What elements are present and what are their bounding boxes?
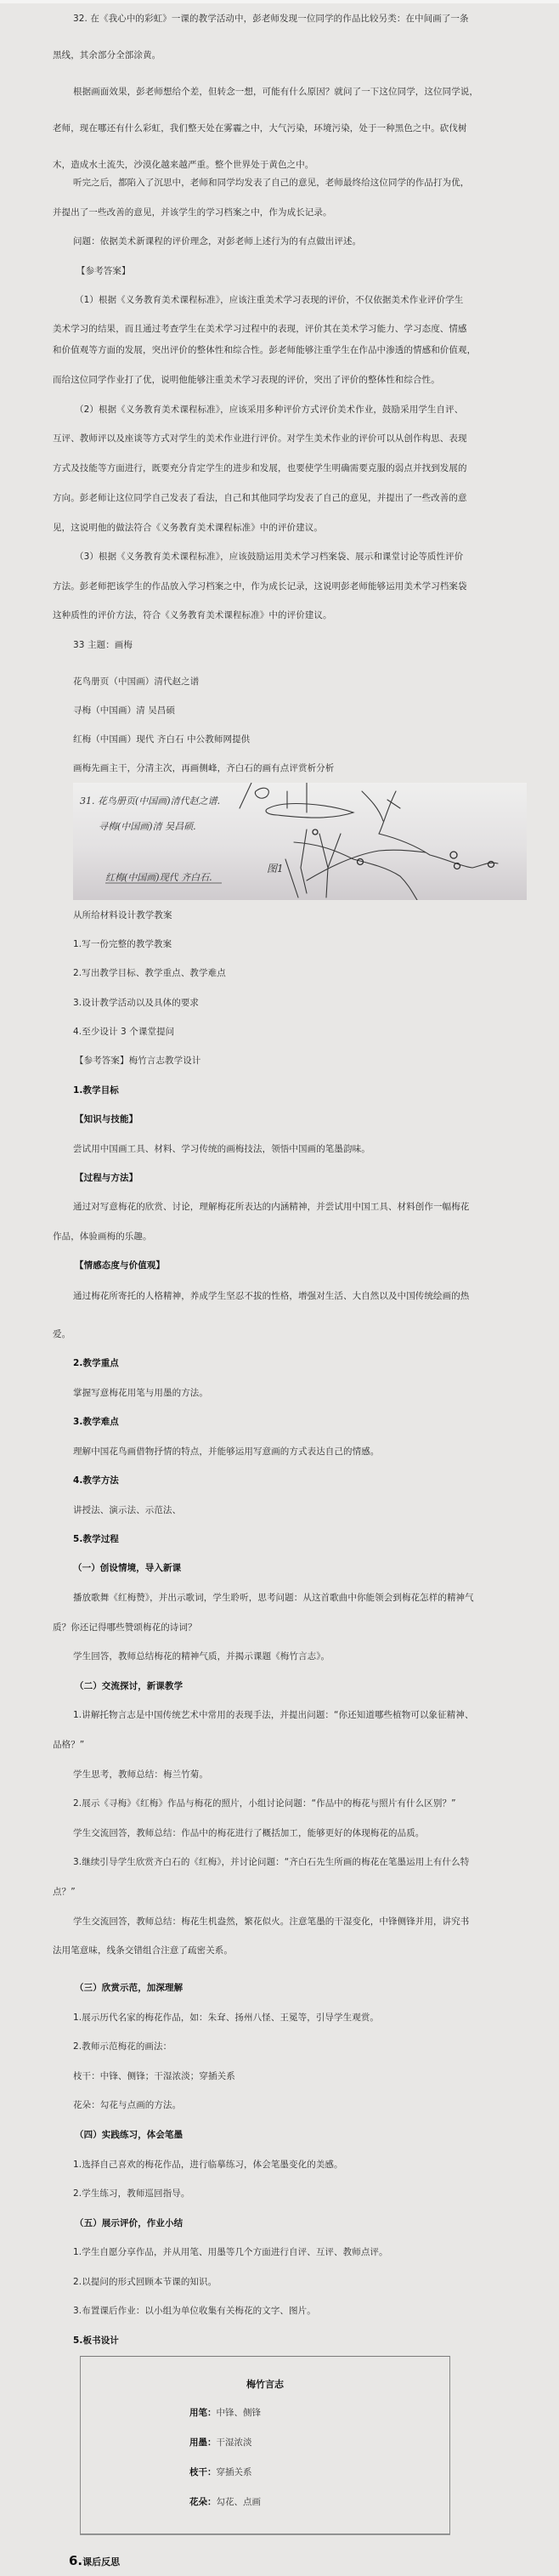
answer-2: 方向。彭老师让这位同学自己发表了看法，自己和其他同学均发表了自己的意见，并提出了… <box>53 492 467 504</box>
q33-req-1: 1.写一份完整的教学教案 <box>73 938 172 950</box>
q33-note: 画梅先画主干，分清主次，再画侧峰，齐白石的画有点评赏析分析 <box>73 762 334 774</box>
step-2-text: 2.展示《寻梅》《红梅》作品与梅花的照片，小组讨论问题：“作品中的梅花与照片有什… <box>73 1798 456 1809</box>
text-emotion: 通过梅花所寄托的人格精神，养成学生坚忍不拔的性格，增强对生活、大自然以及中国传统… <box>73 1290 469 1302</box>
plum-branch-drawing: 31. 花鸟册页(中国画)清代赵之谱. 寻梅(中国画)清 吴昌硕. 红梅(中国画… <box>73 783 527 900</box>
board-row-value: 勾花、点画 <box>217 2497 262 2507</box>
q33-req-2: 2.写出教学目标、教学重点、教学难点 <box>73 967 226 979</box>
step-3-text: 枝干：中锋、侧锋；干湿浓淡；穿插关系 <box>73 2070 235 2082</box>
step-2-text: 点？” <box>53 1886 76 1898</box>
board-row-value: 中锋、侧锋 <box>217 2408 262 2418</box>
heading-reflection: 6.课后反思 <box>69 2552 120 2568</box>
step-2-text: 1.讲解托物言志是中国传统艺术中常用的表现手法，并提出问题：“你还知道哪些植物可… <box>73 1709 474 1721</box>
step-1-text: 质？你还记得哪些赞颂梅花的诗词？ <box>53 1622 197 1633</box>
step-1-text: 播放歌舞《红梅赞》，并出示歌词，学生聆听，思考问题：从这首歌曲中你能领会到梅花怎… <box>73 1592 474 1604</box>
step-2-text: 法用笔意味，线条交错组合注意了疏密关系。 <box>53 1945 233 1956</box>
q33-task: 从所给材料设计教学教案 <box>73 909 172 921</box>
step-2-text: 学生交流回答，教师总结：梅花生机盎然，繁花似火。注意笔墨的干湿变化，中锋侧锋并用… <box>73 1916 469 1928</box>
text-method: 作品，体验画梅的乐趣。 <box>53 1231 152 1243</box>
step-2-text: 品格？” <box>53 1739 84 1751</box>
text-knowledge: 尝试用中国画工具、材料、学习传统的画梅技法，领悟中国画的笔墨韵味。 <box>73 1143 370 1155</box>
step-3-text: 2.教师示范梅花的画法： <box>73 2041 172 2052</box>
heading-methods: 4.教学方法 <box>73 1475 119 1486</box>
q33-req-3: 3.设计教学活动以及具体的要求 <box>73 997 199 1009</box>
heading-objectives: 1.教学目标 <box>73 1084 119 1096</box>
step-2-text: 学生思考，教师总结：梅兰竹菊。 <box>73 1769 208 1781</box>
board-row: 用墨：干湿浓淡 <box>189 2436 252 2449</box>
q33-req-4: 4.至少设计 3 个课堂提问 <box>73 1026 174 1038</box>
board-row-value: 干湿浓淡 <box>217 2437 252 2448</box>
step-4-title: （四）实践练习，体会笔墨 <box>75 2129 183 2141</box>
answer-1: （1）根据《义务教育美术课程标准》，应该注重美术学习表现的评价，不仅依据美术作业… <box>75 294 463 306</box>
step-3-text: 花朵：勾花与点画的方法。 <box>73 2099 181 2111</box>
q32-question: 问题：依据美术新课程的评价理念，对彭老师上述行为的有点做出评述。 <box>73 235 361 247</box>
board-row: 枝干：穿插关系 <box>189 2466 252 2478</box>
reflection-label: 课后反思 <box>82 2556 120 2568</box>
step-5-title: （五）展示评价，作业小结 <box>75 2217 183 2229</box>
q32-paragraph: 并提出了一些改善的意见，并该学生的学习档案之中，作为成长记录。 <box>53 207 332 218</box>
text-key-points: 掌握写意梅花用笔与用墨的方法。 <box>73 1387 208 1399</box>
answer-1: 和价值观等方面的发展，突出评价的整体性和综合性。彭老师能够注重学生在作品中渗透的… <box>53 344 476 356</box>
sketch-side-label: 图1 <box>267 863 284 875</box>
board-row-key: 花朵： <box>189 2497 217 2507</box>
sketch-line-2: 寻梅(中国画)清 吴昌硕. <box>99 821 196 832</box>
answer-2: 见，这说明他的做法符合《义务教育美术课程标准》中的评价建议。 <box>53 522 323 534</box>
answer-1: 而给这位同学作业打了优，说明他能够注重美术学习表现的评价，突出了评价的整体性和综… <box>53 374 440 386</box>
q32-paragraph: 根据画面效果，彭老师想给个差，但转念一想，可能有什么原因？就问了一下这位同学，这… <box>73 86 478 98</box>
q32-intro: 32. 在《我心中的彩虹》一课的教学活动中，彭老师发现一位同学的作品比较另类：在… <box>73 13 469 25</box>
step-1-text: 学生回答，教师总结梅花的精神气质，并揭示课题《梅竹言志》。 <box>73 1650 330 1662</box>
heading-process: 5.教学过程 <box>73 1533 119 1545</box>
answer-3: 这种质性的评价方法，符合《义务教育美术课程标准》中的评价建议。 <box>53 609 332 621</box>
answer-3: 方法。彭老师把该学生的作品放入学习档案之中，作为成长记录，这说明彭老师能够运用美… <box>53 580 467 592</box>
sketch-line-3: 红梅(中国画)现代 齐白石. <box>105 872 212 883</box>
step-1-title: （一）创设情境，导入新课 <box>73 1562 181 1574</box>
q32-paragraph: 木，造成水土流失，沙漠化越来越严重。整个世界处于黄色之中。 <box>53 159 313 171</box>
step-2-title: （二）交流探讨，新课教学 <box>75 1680 183 1692</box>
step-2-text: 学生交流回答，教师总结：作品中的梅花进行了概括加工，能够更好的体现梅花的品质。 <box>73 1827 424 1839</box>
step-3-title: （三）欣赏示范，加深理解 <box>75 1982 183 1994</box>
q32-paragraph: 听完之后，都陷入了沉思中，老师和同学均发表了自己的意见，老师最终给这位同学的作品… <box>73 177 469 189</box>
label-method: 【过程与方法】 <box>75 1172 138 1184</box>
step-4-text: 1.选择自己喜欢的梅花作品，进行临摹练习，体会笔墨变化的美感。 <box>73 2159 343 2171</box>
board-row-value: 穿插关系 <box>217 2467 252 2477</box>
board-design-box: 梅竹言志 用笔：中锋、侧锋 用墨：干湿浓淡 枝干：穿插关系 花朵：勾花、点画 <box>80 2356 450 2534</box>
board-row-key: 用笔： <box>189 2408 217 2418</box>
heading-key-points: 2.教学重点 <box>73 1357 119 1369</box>
q33-work-3: 红梅（中国画）现代 齐白石 中公教师网提供 <box>73 733 250 745</box>
answer-1: 美术学习的结果，而且通过考查学生在美术学习过程中的表现，评价其在美术学习能力、学… <box>53 323 467 335</box>
top-strip <box>0 0 559 3</box>
heading-board-design: 5.板书设计 <box>73 2335 119 2347</box>
answer-label: 【参考答案】 <box>76 265 131 277</box>
text-methods: 讲授法、演示法、示范法、 <box>73 1504 181 1516</box>
label-emotion: 【情感态度与价值观】 <box>75 1260 165 1271</box>
answer-3: （3）根据《义务教育美术课程标准》，应该鼓励运用美术学习档案袋、展示和课堂讨论等… <box>75 551 463 563</box>
reflection-number: 6. <box>69 2553 82 2568</box>
step-2-text: 3.继续引导学生欣赏齐白石的《红梅》，并讨论问题：“齐白石先生所画的梅花在笔墨运… <box>73 1856 469 1868</box>
heading-difficulties: 3.教学难点 <box>73 1416 119 1428</box>
board-row: 花朵：勾花、点画 <box>189 2495 261 2508</box>
q33-work-2: 寻梅（中国画）清 吴昌硕 <box>73 705 175 716</box>
q32-paragraph: 老师，现在哪还有什么彩虹，我们整天处在雾霾之中，大气污染，环境污染，处于一种黑色… <box>53 122 467 134</box>
board-title: 梅竹言志 <box>81 2377 449 2391</box>
label-knowledge: 【知识与技能】 <box>75 1113 138 1125</box>
step-5-text: 2.以提问的形式回顾本节课的知识。 <box>73 2276 217 2288</box>
board-row: 用笔：中锋、侧锋 <box>189 2406 261 2419</box>
text-method: 通过对写意梅花的欣赏、讨论，理解梅花所表达的内涵精神，并尝试用中国工具、材料创作… <box>73 1201 469 1213</box>
q32-intro-cont: 黑线，其余部分全部涂黄。 <box>53 49 161 61</box>
q33-work-1: 花鸟册页（中国画）清代赵之谱 <box>73 676 199 688</box>
answer-2: （2）根据《义务教育美术课程标准》，应该采用多种评价方式评价美术作业，鼓励采用学… <box>75 404 463 416</box>
sketch-line-1: 31. 花鸟册页(中国画)清代赵之谱. <box>80 795 220 807</box>
step-5-text: 3.布置课后作业：以小组为单位收集有关梅花的文字、图片。 <box>73 2305 316 2317</box>
step-3-text: 1.展示历代名家的梅花作品，如：朱耷、扬州八怪、王冕等，引导学生观赏。 <box>73 2012 379 2024</box>
q33-answer-title: 【参考答案】梅竹言志教学设计 <box>75 1055 200 1067</box>
text-difficulties: 理解中国花鸟画借物抒情的特点，并能够运用写意画的方式表达自己的情感。 <box>73 1446 379 1458</box>
q33-title: 33 主题：画梅 <box>73 639 133 651</box>
board-row-key: 枝干： <box>189 2467 217 2477</box>
text-emotion: 爱。 <box>53 1328 71 1340</box>
board-row-key: 用墨： <box>189 2437 217 2448</box>
answer-2: 互评、教师评以及座谈等方式对学生的美术作业进行评价。对学生美术作业的评价可以从创… <box>53 433 467 444</box>
answer-2: 方式及技能等方面进行，既要充分肯定学生的进步和发展，也要使学生明确需要克服的弱点… <box>53 462 467 474</box>
plum-sketch-image: 31. 花鸟册页(中国画)清代赵之谱. 寻梅(中国画)清 吴昌硕. 红梅(中国画… <box>73 783 527 900</box>
step-5-text: 1.学生自愿分享作品，并从用笔、用墨等几个方面进行自评、互评、教师点评。 <box>73 2246 388 2258</box>
step-4-text: 2.学生练习，教师巡回指导。 <box>73 2188 189 2200</box>
